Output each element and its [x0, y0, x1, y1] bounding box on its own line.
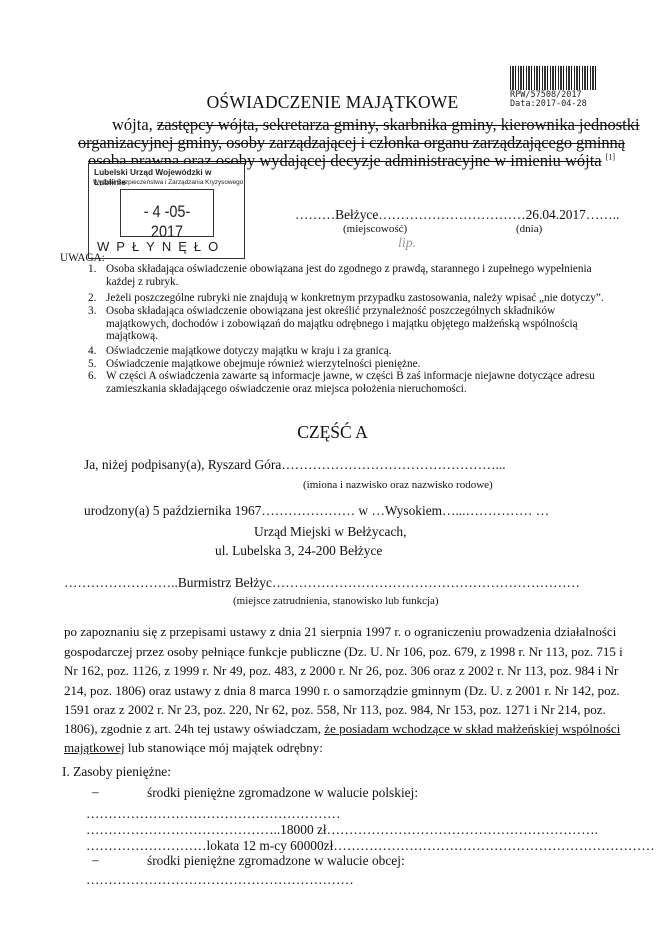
signed-line: Ja, niżej podpisany(a), Ryszard Góra…………… — [84, 457, 506, 473]
legal-line: gospodarczej przez osoby pełniące funkcj… — [64, 642, 623, 662]
place-label: (miejscowość) — [343, 223, 407, 235]
note-text: Oświadczenie majątkowe dotyczy majątku w… — [106, 345, 391, 358]
position-label: (miejsce zatrudnienia, stanowisko lub fu… — [233, 595, 439, 607]
note-text: Osoba składająca oświadczenie obowiązana… — [106, 263, 592, 276]
legal-underlined: że posiadam wchodzące w skład małżeńskie… — [324, 721, 620, 736]
note-text: W części A oświadczenia zawarte są infor… — [106, 370, 595, 383]
foreign-fill-line: …………………………………………………… — [86, 872, 354, 888]
document-title: OŚWIADCZENIE MAJĄTKOWE — [0, 92, 665, 113]
note-text: Jeżeli poszczególne rubryki nie znajdują… — [106, 292, 604, 305]
note-text: Oświadczenie majątkowe obejmuje również … — [106, 358, 420, 371]
legal-line: po zapoznaniu się z przepisami ustawy z … — [64, 622, 623, 642]
employer-line-1: Urząd Miejski w Bełżycach, — [254, 524, 406, 540]
role-line-1: wójta, zastępcy wójta, sekretarza gminy,… — [112, 115, 640, 135]
note-text: każdej z rubryk. — [106, 276, 178, 289]
foreign-label: środki pieniężne zgromadzone w walucie o… — [147, 853, 405, 869]
pln-fill-line: ………………………lokata 12 m-cy 60000zł………………………… — [86, 838, 655, 854]
stamp-date: - 4 -05- 2017 — [128, 202, 206, 242]
dash-1: – — [92, 784, 99, 800]
note-number: 4. — [88, 345, 96, 358]
part-a-heading: CZĘŚĆ A — [0, 422, 665, 443]
legal-end-underlined: majątkowej — [64, 740, 125, 755]
date-label: (dnia) — [516, 223, 542, 235]
legal-last-prefix: 1806), zgodnie z art. 24h tej ustawy ośw… — [64, 721, 324, 736]
note-number: 1. — [88, 263, 96, 276]
position-line: ……………………..Burmistrz Bełżyc……………………………………… — [64, 575, 580, 591]
note-number: 3. — [88, 305, 96, 318]
role-struck-1: zastępcy wójta, sekretarza gminy, skarbn… — [157, 115, 640, 134]
section-1-heading: I. Zasoby pieniężne: — [62, 764, 171, 780]
pln-fill-line: ………………………………………………… — [86, 806, 340, 822]
legal-end-line: majątkowej lub stanowiące mój majątek od… — [64, 738, 323, 758]
stamp-received: WPŁYNĘŁO — [97, 239, 225, 254]
born-line: urodzony(a) 5 października 1967………………… w… — [84, 503, 549, 519]
signed-label: (imiona i nazwisko oraz nazwisko rodowe) — [303, 479, 493, 491]
pln-fill-line: ……………………………………..18000 zł…………………………………………… — [86, 822, 598, 838]
legal-end-rest: lub stanowiące mój majątek odrębny: — [125, 740, 323, 755]
dash-2: – — [92, 852, 99, 868]
legal-last-line: 1806), zgodnie z art. 24h tej ustawy ośw… — [64, 719, 620, 739]
role-kept: wójta, — [112, 115, 153, 134]
employer-line-2: ul. Lubelska 3, 24-200 Bełżyce — [215, 543, 382, 559]
stamp-date-box: - 4 -05- 2017 — [120, 189, 214, 237]
stamp-department: Wydział Bezpieczeństwa i Zarządzania Kry… — [93, 179, 243, 186]
note-text: Osoba składająca oświadczenie obowiązana… — [106, 305, 555, 318]
barcode-icon — [510, 66, 596, 90]
note-number: 5. — [88, 358, 96, 371]
legal-paragraph: po zapoznaniu się z przepisami ustawy z … — [64, 622, 623, 720]
note-text: majątkową. — [106, 330, 158, 343]
legal-line: Nr 162, poz. 1126, z 1999 r. Nr 49, poz.… — [64, 661, 623, 681]
legal-line: 1591 oraz z 2002 r. Nr 23, poz. 220, Nr … — [64, 700, 623, 720]
role-struck-2: organizacyjnej gminy, osoby zarządzające… — [78, 133, 625, 153]
note-number: 6. — [88, 370, 96, 383]
initials: lip. — [398, 236, 416, 252]
note-number: 2. — [88, 292, 96, 305]
notes-heading: UWAGA: — [60, 252, 105, 265]
place-date-line: ………Bełżyce……………………………26.04.2017…….. — [295, 207, 619, 223]
footnote-ref: [1] — [606, 153, 615, 162]
pln-label: środki pieniężne zgromadzone w walucie p… — [147, 785, 418, 801]
legal-line: 214, poz. 1806) oraz ustawy z dnia 8 mar… — [64, 681, 623, 701]
received-stamp: Lubelski Urząd Wojewódzki w Lublinie Wyd… — [88, 163, 245, 259]
note-text: majątkowych, dochodów i zobowiązań do ma… — [106, 318, 578, 331]
note-text: zamieszkania składającego oświadczenie o… — [106, 383, 467, 396]
